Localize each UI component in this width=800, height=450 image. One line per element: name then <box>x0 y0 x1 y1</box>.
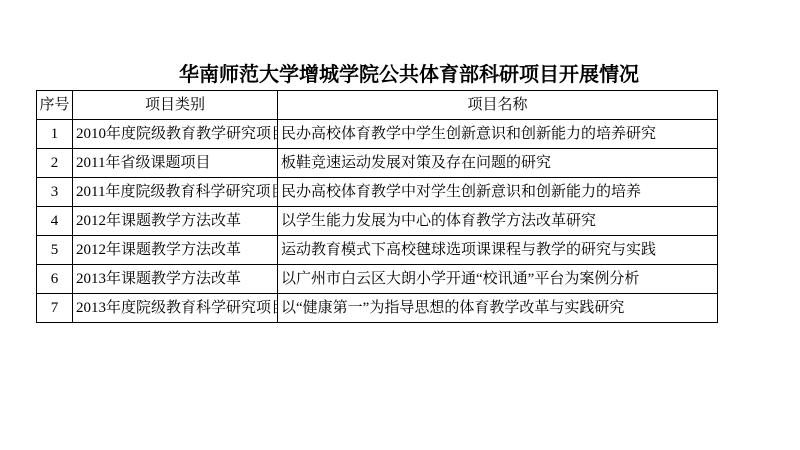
table-row: 6 2013年课题教学方法改革 以广州市白云区大朗小学开通“校讯通”平台为案例分… <box>37 265 718 294</box>
header-project-name: 项目名称 <box>278 91 718 120</box>
cell-serial-number: 1 <box>37 120 73 149</box>
cell-serial-number: 2 <box>37 149 73 178</box>
cell-serial-number: 3 <box>37 178 73 207</box>
cell-project-name: 以学生能力发展为中心的体育教学方法改革研究 <box>278 207 718 236</box>
cell-project-category: 2011年度院级教育科学研究项目 <box>73 178 278 207</box>
cell-project-name: 民办高校体育教学中学生创新意识和创新能力的培养研究 <box>278 120 718 149</box>
cell-serial-number: 4 <box>37 207 73 236</box>
cell-serial-number: 5 <box>37 236 73 265</box>
cell-serial-number: 6 <box>37 265 73 294</box>
cell-project-name: 以广州市白云区大朗小学开通“校讯通”平台为案例分析 <box>278 265 718 294</box>
table-header-row: 序号 项目类别 项目名称 <box>37 91 718 120</box>
table-row: 7 2013年度院级教育科学研究项目 以“健康第一”为指导思想的体育教学改革与实… <box>37 294 718 323</box>
cell-project-name: 以“健康第一”为指导思想的体育教学改革与实践研究 <box>278 294 718 323</box>
cell-project-category: 2011年省级课题项目 <box>73 149 278 178</box>
cell-project-name: 运动教育模式下高校毽球选项课课程与教学的研究与实践 <box>278 236 718 265</box>
table-row: 2 2011年省级课题项目 板鞋竞速运动发展对策及存在问题的研究 <box>37 149 718 178</box>
cell-project-name: 民办高校体育教学中对学生创新意识和创新能力的培养 <box>278 178 718 207</box>
table-row: 1 2010年度院级教育教学研究项目 民办高校体育教学中学生创新意识和创新能力的… <box>37 120 718 149</box>
cell-project-category: 2012年课题教学方法改革 <box>73 207 278 236</box>
table-row: 3 2011年度院级教育科学研究项目 民办高校体育教学中对学生创新意识和创新能力… <box>37 178 718 207</box>
cell-project-name: 板鞋竞速运动发展对策及存在问题的研究 <box>278 149 718 178</box>
cell-serial-number: 7 <box>37 294 73 323</box>
cell-project-category: 2010年度院级教育教学研究项目 <box>73 120 278 149</box>
header-serial-number: 序号 <box>37 91 73 120</box>
header-project-category: 项目类别 <box>73 91 278 120</box>
cell-project-category: 2012年课题教学方法改革 <box>73 236 278 265</box>
table-row: 5 2012年课题教学方法改革 运动教育模式下高校毽球选项课课程与教学的研究与实… <box>37 236 718 265</box>
cell-project-category: 2013年课题教学方法改革 <box>73 265 278 294</box>
page-title: 华南师范大学增城学院公共体育部科研项目开展情况 <box>18 58 800 87</box>
research-projects-table: 序号 项目类别 项目名称 1 2010年度院级教育教学研究项目 民办高校体育教学… <box>36 90 718 323</box>
cell-project-category: 2013年度院级教育科学研究项目 <box>73 294 278 323</box>
table-row: 4 2012年课题教学方法改革 以学生能力发展为中心的体育教学方法改革研究 <box>37 207 718 236</box>
